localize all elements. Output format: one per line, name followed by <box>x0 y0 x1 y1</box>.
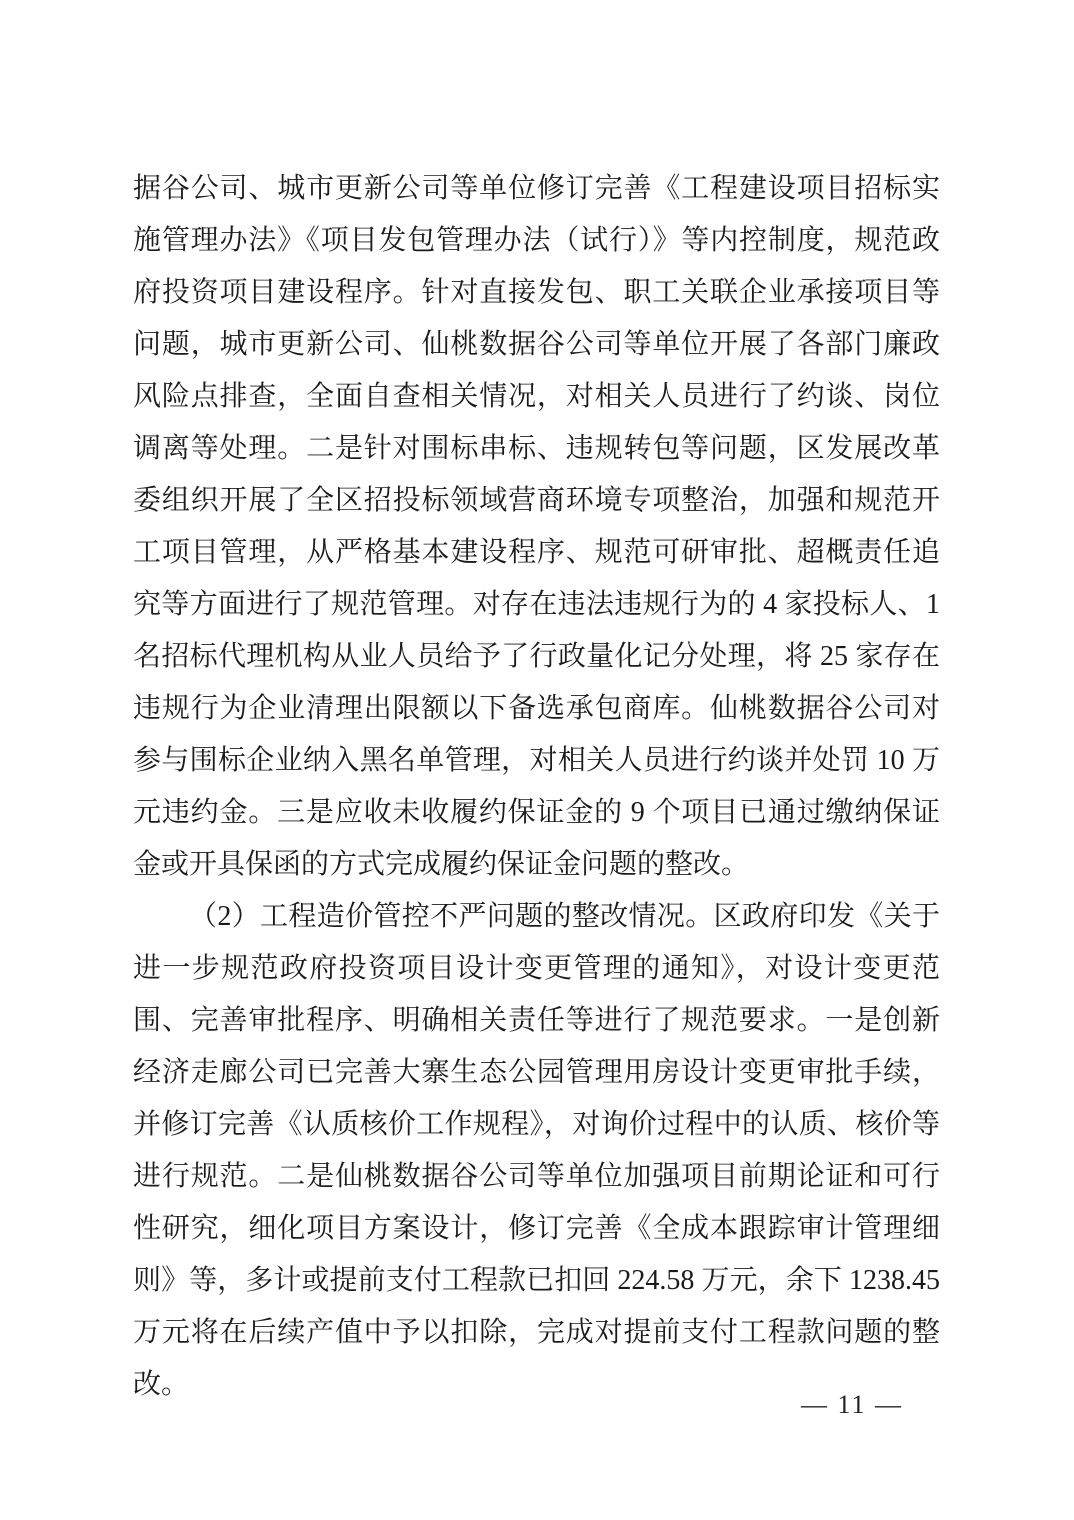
document-page: 据谷公司、城市更新公司等单位修订完善《工程建设项目招标实施管理办法》《项目发包管… <box>0 0 1074 1520</box>
body-paragraph-continuation: 据谷公司、城市更新公司等单位修订完善《工程建设项目招标实施管理办法》《项目发包管… <box>133 163 940 891</box>
body-paragraph-section-2: （2）工程造价管控不严问题的整改情况。区政府印发《关于进一步规范政府投资项目设计… <box>133 891 940 1411</box>
page-footer: — 11 — <box>801 1390 903 1420</box>
text-block: 据谷公司、城市更新公司等单位修订完善《工程建设项目招标实施管理办法》《项目发包管… <box>133 163 940 1411</box>
page-number: — 11 — <box>801 1390 903 1419</box>
